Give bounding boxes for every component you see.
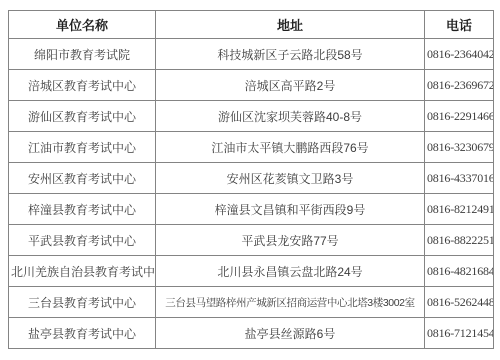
phone-cell: 0816-2369672 xyxy=(425,70,494,101)
unit-name-cell: 盐亭县教育考试中心 xyxy=(9,318,156,349)
address-cell: 平武县龙安路77号 xyxy=(156,225,425,256)
table-row: 盐亭县教育考试中心盐亭县丝源路6号0816-7121454 xyxy=(9,318,494,349)
table-row: 江油市教育考试中心江油市太平镇大鹏路西段76号0816-3230679 xyxy=(9,132,494,163)
phone-cell: 0816-4821684 xyxy=(425,256,494,287)
header-phone: 电话 xyxy=(425,11,494,39)
address-cell: 盐亭县丝源路6号 xyxy=(156,318,425,349)
unit-name-cell: 涪城区教育考试中心 xyxy=(9,70,156,101)
table-row: 游仙区教育考试中心游仙区沈家坝芙蓉路40-8号0816-2291466 xyxy=(9,101,494,132)
table-row: 平武县教育考试中心平武县龙安路77号0816-8822251 xyxy=(9,225,494,256)
table-row: 涪城区教育考试中心涪城区高平路2号0816-2369672 xyxy=(9,70,494,101)
phone-cell: 0816-7121454 xyxy=(425,318,494,349)
unit-name-cell: 北川羌族自治县教育考试中心 xyxy=(9,256,156,287)
unit-name-cell: 梓潼县教育考试中心 xyxy=(9,194,156,225)
address-cell: 北川县永昌镇云盘北路24号 xyxy=(156,256,425,287)
address-cell: 游仙区沈家坝芙蓉路40-8号 xyxy=(156,101,425,132)
unit-name-cell: 绵阳市教育考试院 xyxy=(9,39,156,70)
phone-cell: 0816-2291466 xyxy=(425,101,494,132)
table-row: 梓潼县教育考试中心梓潼县文昌镇和平街西段9号0816-8212491 xyxy=(9,194,494,225)
header-unit-name: 单位名称 xyxy=(9,11,156,39)
unit-name-cell: 江油市教育考试中心 xyxy=(9,132,156,163)
address-cell: 三台县马望路梓州产城新区招商运营中心北塔3楼3002室 xyxy=(156,287,425,318)
phone-cell: 0816-4337016 xyxy=(425,163,494,194)
phone-cell: 0816-3230679 xyxy=(425,132,494,163)
address-cell: 江油市太平镇大鹏路西段76号 xyxy=(156,132,425,163)
address-cell: 科技城新区子云路北段58号 xyxy=(156,39,425,70)
table-row: 三台县教育考试中心三台县马望路梓州产城新区招商运营中心北塔3楼3002室0816… xyxy=(9,287,494,318)
phone-cell: 0816-2364042 xyxy=(425,39,494,70)
table-row: 安州区教育考试中心安州区花荄镇文卫路3号0816-4337016 xyxy=(9,163,494,194)
phone-cell: 0816-8212491 xyxy=(425,194,494,225)
address-cell: 安州区花荄镇文卫路3号 xyxy=(156,163,425,194)
table-row: 绵阳市教育考试院科技城新区子云路北段58号0816-2364042 xyxy=(9,39,494,70)
phone-cell: 0816-8822251 xyxy=(425,225,494,256)
table-body: 绵阳市教育考试院科技城新区子云路北段58号0816-2364042涪城区教育考试… xyxy=(9,39,494,349)
phone-cell: 0816-5262448 xyxy=(425,287,494,318)
table-row: 北川羌族自治县教育考试中心北川县永昌镇云盘北路24号0816-4821684 xyxy=(9,256,494,287)
unit-name-cell: 三台县教育考试中心 xyxy=(9,287,156,318)
address-cell: 涪城区高平路2号 xyxy=(156,70,425,101)
contact-table: 单位名称 地址 电话 绵阳市教育考试院科技城新区子云路北段58号0816-236… xyxy=(8,10,494,349)
page: 单位名称 地址 电话 绵阳市教育考试院科技城新区子云路北段58号0816-236… xyxy=(0,0,500,360)
header-address: 地址 xyxy=(156,11,425,39)
unit-name-cell: 平武县教育考试中心 xyxy=(9,225,156,256)
unit-name-cell: 安州区教育考试中心 xyxy=(9,163,156,194)
address-cell: 梓潼县文昌镇和平街西段9号 xyxy=(156,194,425,225)
unit-name-cell: 游仙区教育考试中心 xyxy=(9,101,156,132)
header-row: 单位名称 地址 电话 xyxy=(9,11,494,39)
